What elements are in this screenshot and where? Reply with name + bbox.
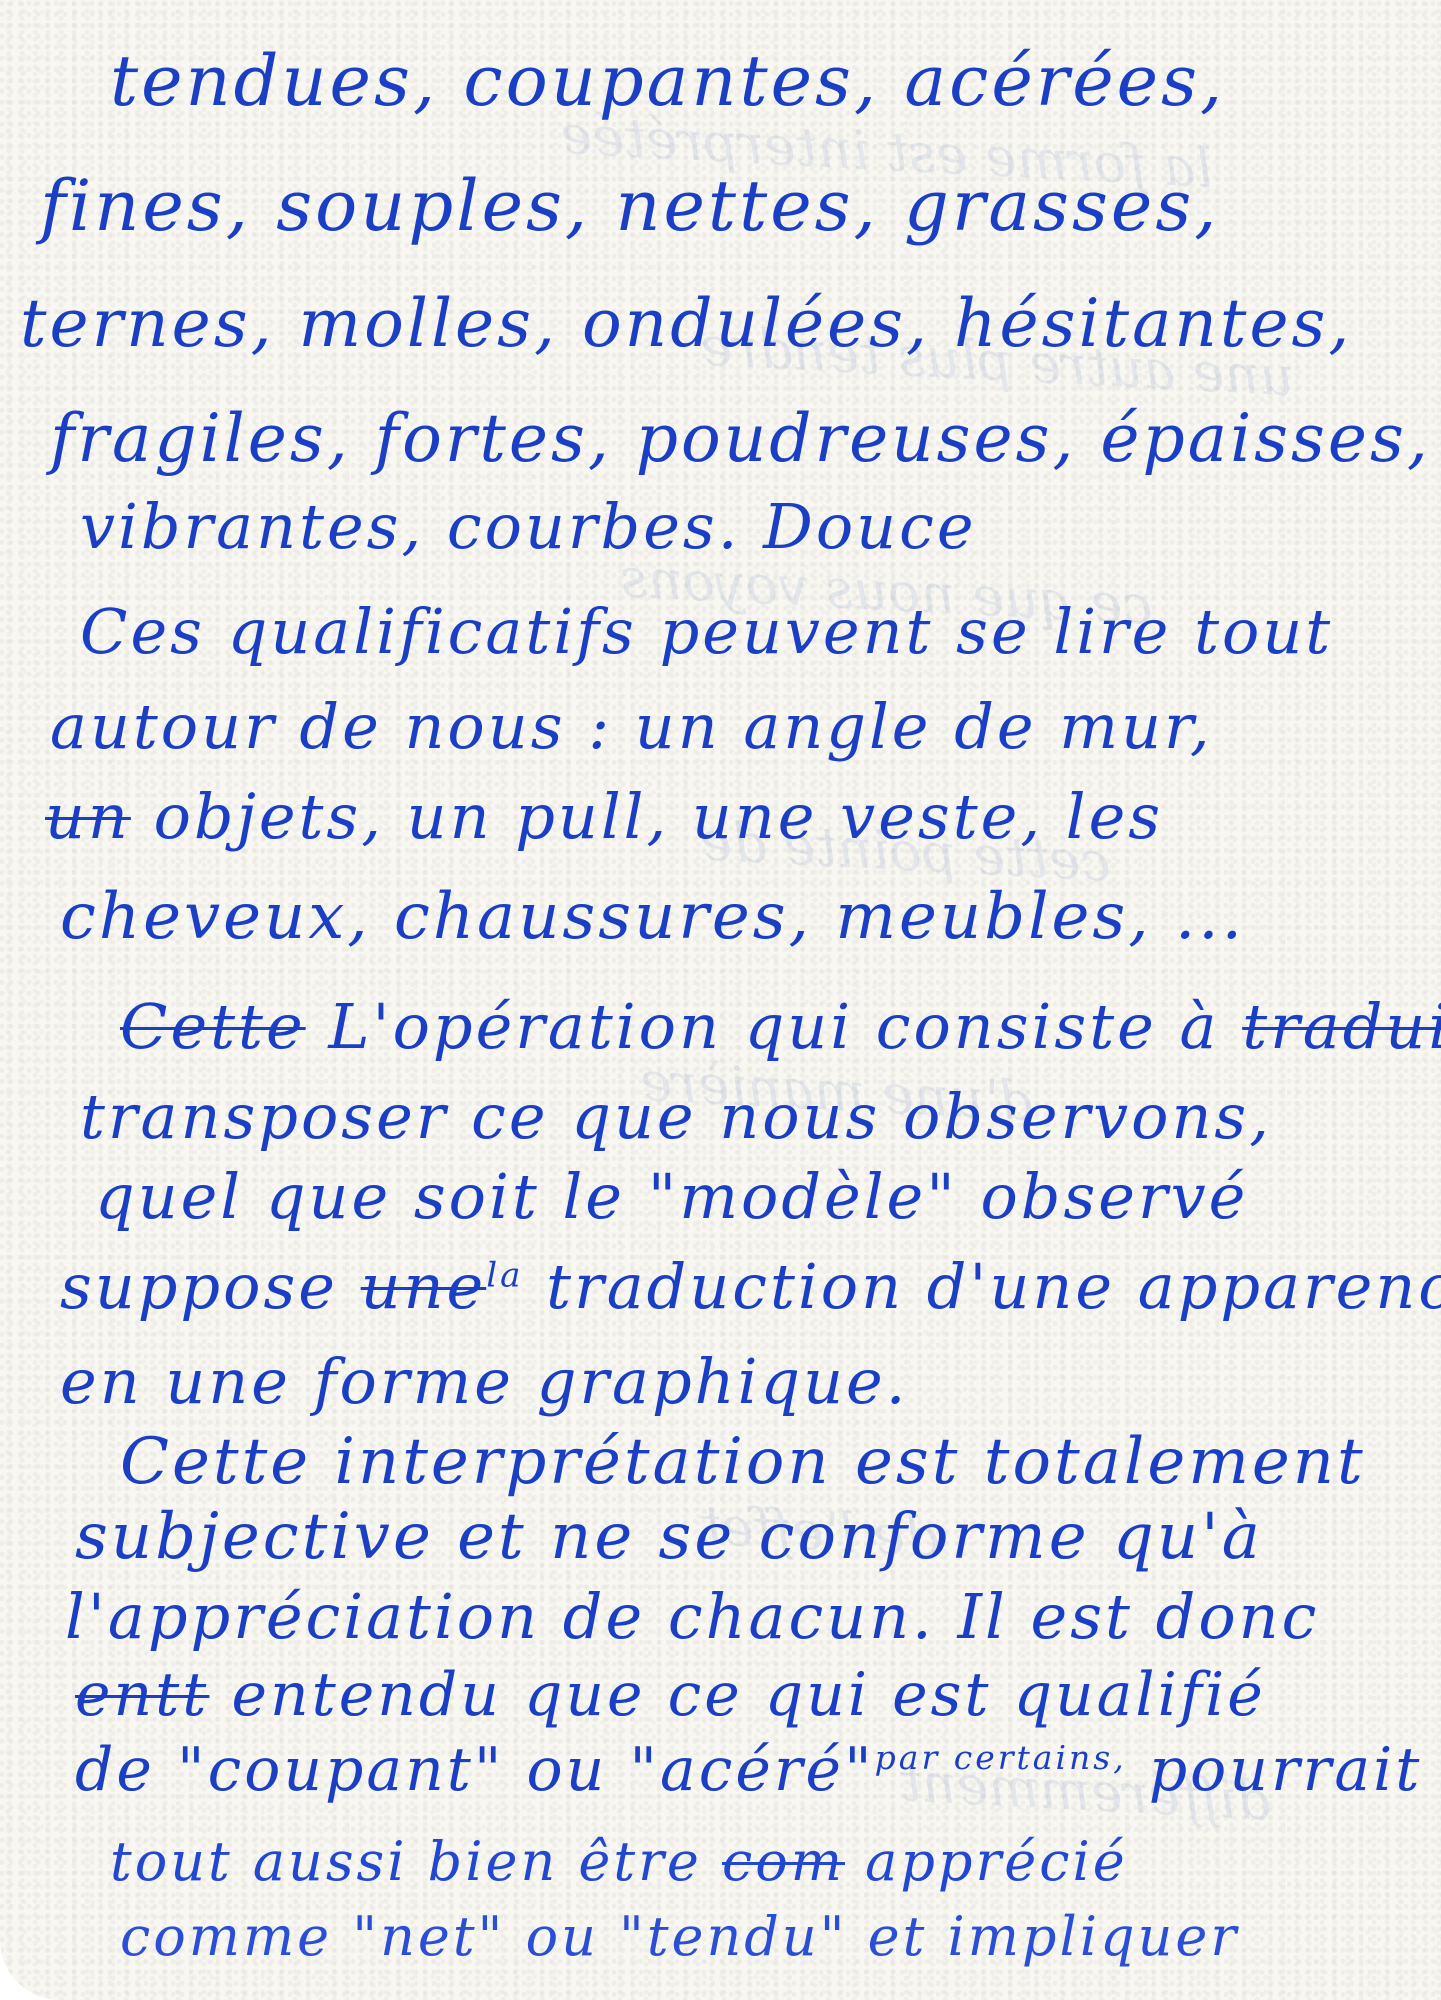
manuscript-line-2: fines, souples, nettes, grasses, bbox=[40, 165, 1220, 247]
inserted-word: par certains, bbox=[875, 1738, 1127, 1777]
line-text: comme "net" ou "tendu" et impliquer bbox=[120, 1905, 1239, 1968]
line-text: apprécié bbox=[845, 1830, 1128, 1893]
line-text: pourrait bbox=[1127, 1735, 1423, 1805]
line-text: ternes, molles, ondulées, hésitantes, bbox=[20, 285, 1352, 362]
line-text: en une forme graphique. bbox=[60, 1345, 908, 1418]
manuscript-line-20: tout aussi bien être com apprécié bbox=[110, 1830, 1128, 1893]
manuscript-line-12: quel que soit le "modèle" observé bbox=[95, 1160, 1248, 1233]
manuscript-line-13: suppose unela traduction d'une apparence bbox=[60, 1250, 1441, 1323]
line-text: cheveux, chaussures, meubles, ... bbox=[60, 880, 1245, 954]
manuscript-line-5: vibrantes, courbes. Douce bbox=[80, 490, 977, 563]
line-text: autour de nous : un angle de mur, bbox=[50, 690, 1213, 763]
manuscript-line-9: cheveux, chaussures, meubles, ... bbox=[60, 880, 1245, 954]
line-text: subjective et ne se conforme qu'à bbox=[75, 1500, 1263, 1574]
manuscript-line-11: transposer ce que nous observons, bbox=[80, 1080, 1272, 1153]
line-text: de "coupant" ou "acéré" bbox=[75, 1735, 875, 1805]
struck-word: entt bbox=[75, 1660, 209, 1730]
manuscript-line-16: subjective et ne se conforme qu'à bbox=[75, 1500, 1263, 1574]
line-text: suppose bbox=[60, 1250, 361, 1323]
line-text: l'appréciation de chacun. Il est donc bbox=[65, 1580, 1319, 1653]
line-text: Cette interprétation est totalement bbox=[120, 1425, 1366, 1499]
manuscript-line-21: comme "net" ou "tendu" et impliquer bbox=[120, 1905, 1239, 1968]
manuscript-line-19: de "coupant" ou "acéré"par certains, pou… bbox=[75, 1735, 1422, 1805]
manuscript-line-15: Cette interprétation est totalement bbox=[120, 1425, 1366, 1499]
line-text: objets, un pull, une veste, les bbox=[131, 780, 1163, 853]
struck-word: un bbox=[45, 780, 131, 853]
line-text: traduction d'une apparence bbox=[523, 1250, 1441, 1323]
manuscript-line-7: autour de nous : un angle de mur, bbox=[50, 690, 1213, 763]
struck-word: com bbox=[722, 1830, 845, 1893]
line-text: quel que soit le "modèle" observé bbox=[95, 1160, 1248, 1233]
line-text: vibrantes, courbes. Douce bbox=[80, 490, 977, 563]
line-text: tout aussi bien être bbox=[110, 1830, 722, 1893]
line-text: L'opération qui consiste à bbox=[306, 990, 1243, 1063]
line-text: tendues, coupantes, acérées, bbox=[110, 40, 1225, 122]
line-text: fines, souples, nettes, grasses, bbox=[40, 165, 1220, 247]
manuscript-line-18: entt entendu que ce qui est qualifié bbox=[75, 1660, 1266, 1730]
manuscript-line-17: l'appréciation de chacun. Il est donc bbox=[65, 1580, 1319, 1653]
struck-word: Cette bbox=[120, 990, 306, 1063]
manuscript-page: la forme est interprétée une autre plus … bbox=[0, 0, 1441, 2000]
manuscript-line-6: Ces qualificatifs peuvent se lire tout bbox=[80, 595, 1333, 668]
line-text: fragiles, fortes, poudreuses, épaisses, bbox=[50, 400, 1431, 477]
struck-word: une bbox=[361, 1250, 487, 1323]
line-text: Ces qualificatifs peuvent se lire tout bbox=[80, 595, 1333, 668]
manuscript-line-8: un objets, un pull, une veste, les bbox=[45, 780, 1163, 853]
inserted-word: la bbox=[486, 1255, 523, 1295]
line-text: transposer ce que nous observons, bbox=[80, 1080, 1272, 1153]
manuscript-line-14: en une forme graphique. bbox=[60, 1345, 908, 1418]
manuscript-line-4: fragiles, fortes, poudreuses, épaisses, bbox=[50, 400, 1431, 477]
manuscript-line-1: tendues, coupantes, acérées, bbox=[110, 40, 1225, 122]
line-text: entendu que ce qui est qualifié bbox=[209, 1660, 1265, 1730]
manuscript-line-3: ternes, molles, ondulées, hésitantes, bbox=[20, 285, 1352, 362]
struck-word: traduire bbox=[1242, 990, 1441, 1063]
manuscript-line-10: Cette L'opération qui consiste à traduir… bbox=[120, 990, 1441, 1063]
